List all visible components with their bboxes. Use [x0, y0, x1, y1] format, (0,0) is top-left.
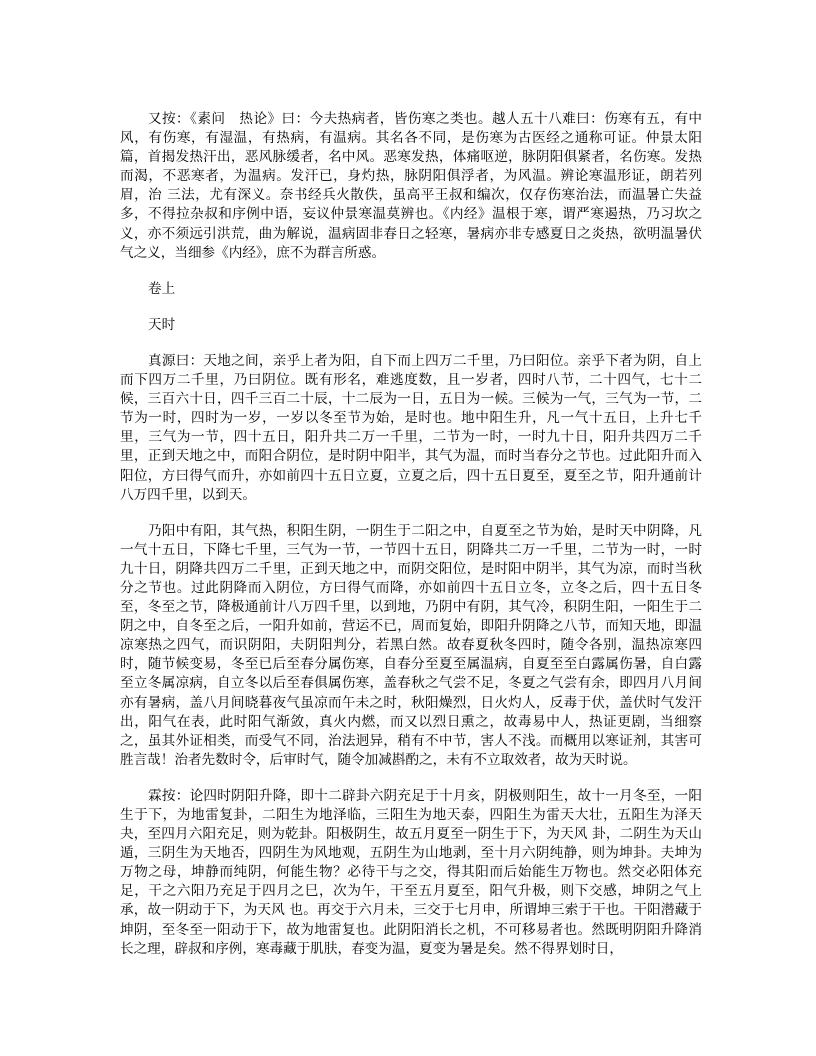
paragraph-zhenyuan: 真源曰：天地之间，亲乎上者为阳，自下而上四万二千里，乃曰阳位。亲乎下者为阴，自上…	[120, 352, 702, 505]
section-heading-tianshi: 天时	[120, 316, 702, 335]
paragraph-linan: 霖按：论四时阴阳升降，即十二辟卦六阴充足于十月亥，阴极则阳生，故十一月冬至，一阳…	[120, 787, 702, 959]
document-page: 又按：《素问 热论》曰：今夫热病者，皆伤寒之类也。越人五十八难曰：伤寒有五，有中…	[120, 110, 702, 976]
paragraph-youan-intro: 又按：《素问 热论》曰：今夫热病者，皆伤寒之类也。越人五十八难曰：伤寒有五，有中…	[120, 110, 702, 263]
paragraph-yangzhongyouyang: 乃阳中有阳，其气热，积阳生阴，一阴生于二阳之中，自夏至之节为始，是时天中阴降，凡…	[120, 522, 702, 770]
section-heading-juanshang: 卷上	[120, 280, 702, 299]
